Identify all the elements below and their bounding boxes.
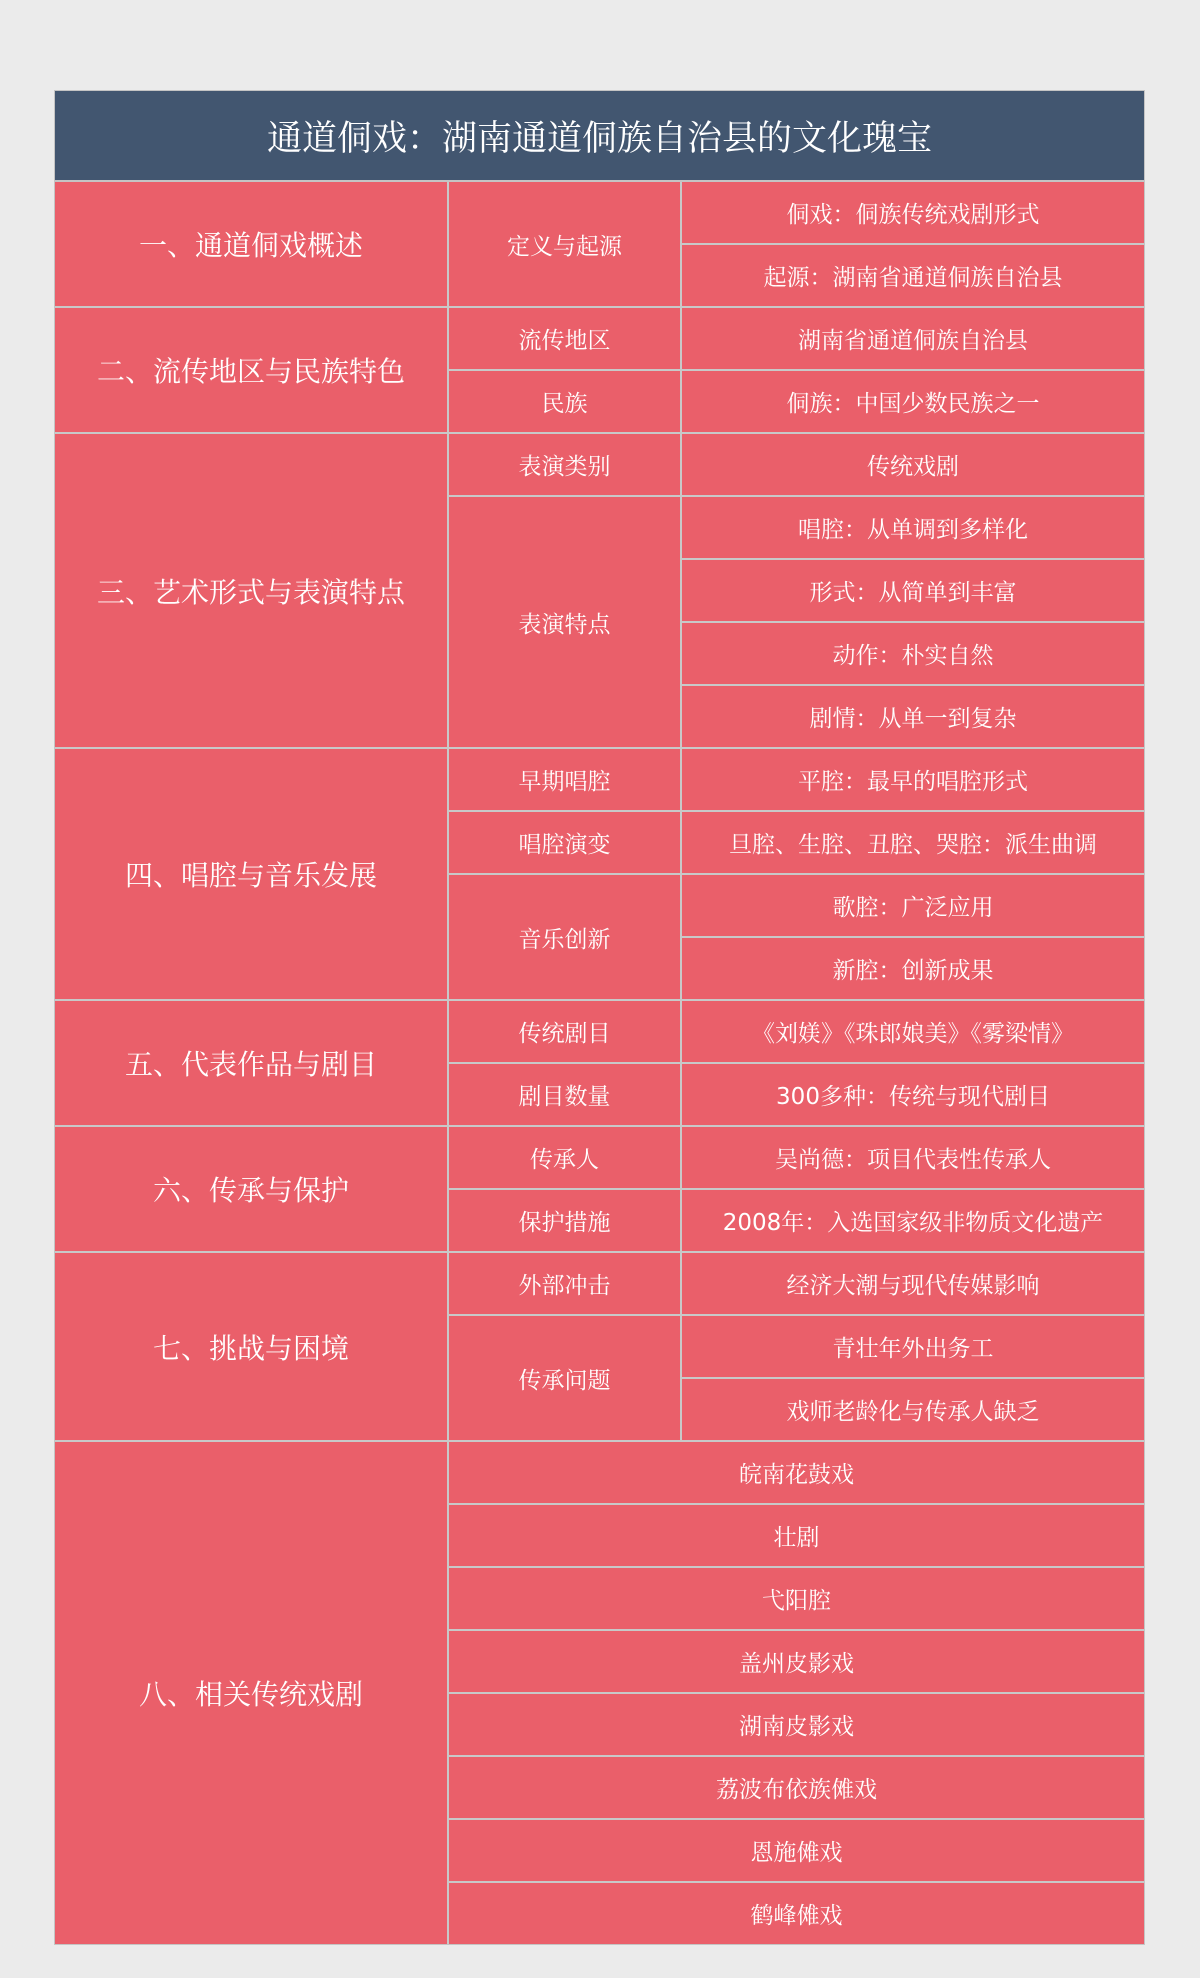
group-label: 唱腔演变 (449, 812, 680, 873)
item-cell: 起源：湖南省通道侗族自治县 (682, 245, 1144, 306)
section-8-heading: 八、相关传统戏剧 (55, 1442, 447, 1944)
item-cell: 唱腔：从单调到多样化 (682, 497, 1144, 558)
related-item: 恩施傩戏 (449, 1820, 1144, 1881)
related-item: 皖南花鼓戏 (449, 1442, 1144, 1503)
table-grid: 一、通道侗戏概述 定义与起源 侗戏：侗族传统戏剧形式 起源：湖南省通道侗族自治县… (55, 182, 1144, 1944)
item-cell: 形式：从简单到丰富 (682, 560, 1144, 621)
group-label: 音乐创新 (449, 875, 680, 999)
item-cell: 2008年：入选国家级非物质文化遗产 (682, 1190, 1144, 1251)
info-table: 通道侗戏：湖南通道侗族自治县的文化瑰宝 一、通道侗戏概述 定义与起源 侗戏：侗族… (54, 90, 1145, 1945)
related-item: 鹤峰傩戏 (449, 1883, 1144, 1944)
item-cell: 侗戏：侗族传统戏剧形式 (682, 182, 1144, 243)
group-label: 定义与起源 (449, 182, 680, 306)
group-label: 传承人 (449, 1127, 680, 1188)
group-label: 保护措施 (449, 1190, 680, 1251)
item-cell: 湖南省通道侗族自治县 (682, 308, 1144, 369)
group-label: 早期唱腔 (449, 749, 680, 810)
item-cell: 平腔：最早的唱腔形式 (682, 749, 1144, 810)
item-cell: 剧情：从单一到复杂 (682, 686, 1144, 747)
item-cell: 侗族：中国少数民族之一 (682, 371, 1144, 432)
item-cell: 传统戏剧 (682, 434, 1144, 495)
item-cell: 旦腔、生腔、丑腔、哭腔：派生曲调 (682, 812, 1144, 873)
section-2-heading: 二、流传地区与民族特色 (55, 308, 447, 432)
related-item: 盖州皮影戏 (449, 1631, 1144, 1692)
item-cell: 经济大潮与现代传媒影响 (682, 1253, 1144, 1314)
page-title: 通道侗戏：湖南通道侗族自治县的文化瑰宝 (55, 91, 1144, 182)
group-label: 民族 (449, 371, 680, 432)
item-cell: 戏师老龄化与传承人缺乏 (682, 1379, 1144, 1440)
item-cell: 新腔：创新成果 (682, 938, 1144, 999)
related-item: 荔波布依族傩戏 (449, 1757, 1144, 1818)
related-item: 壮剧 (449, 1505, 1144, 1566)
item-cell: 动作：朴实自然 (682, 623, 1144, 684)
item-cell: 青壮年外出务工 (682, 1316, 1144, 1377)
section-1-heading: 一、通道侗戏概述 (55, 182, 447, 306)
item-cell: 吴尚德：项目代表性传承人 (682, 1127, 1144, 1188)
group-label: 外部冲击 (449, 1253, 680, 1314)
group-label: 流传地区 (449, 308, 680, 369)
group-label: 传统剧目 (449, 1001, 680, 1062)
related-item: 湖南皮影戏 (449, 1694, 1144, 1755)
group-label: 表演特点 (449, 497, 680, 747)
group-label: 传承问题 (449, 1316, 680, 1440)
related-item: 弋阳腔 (449, 1568, 1144, 1629)
item-cell: 300多种：传统与现代剧目 (682, 1064, 1144, 1125)
item-cell: 《刘媄》《珠郎娘美》《雾梁情》 (682, 1001, 1144, 1062)
item-cell: 歌腔：广泛应用 (682, 875, 1144, 936)
section-5-heading: 五、代表作品与剧目 (55, 1001, 447, 1125)
group-label: 表演类别 (449, 434, 680, 495)
section-7-heading: 七、挑战与困境 (55, 1253, 447, 1440)
section-3-heading: 三、艺术形式与表演特点 (55, 434, 447, 747)
section-6-heading: 六、传承与保护 (55, 1127, 447, 1251)
group-label: 剧目数量 (449, 1064, 680, 1125)
section-4-heading: 四、唱腔与音乐发展 (55, 749, 447, 999)
